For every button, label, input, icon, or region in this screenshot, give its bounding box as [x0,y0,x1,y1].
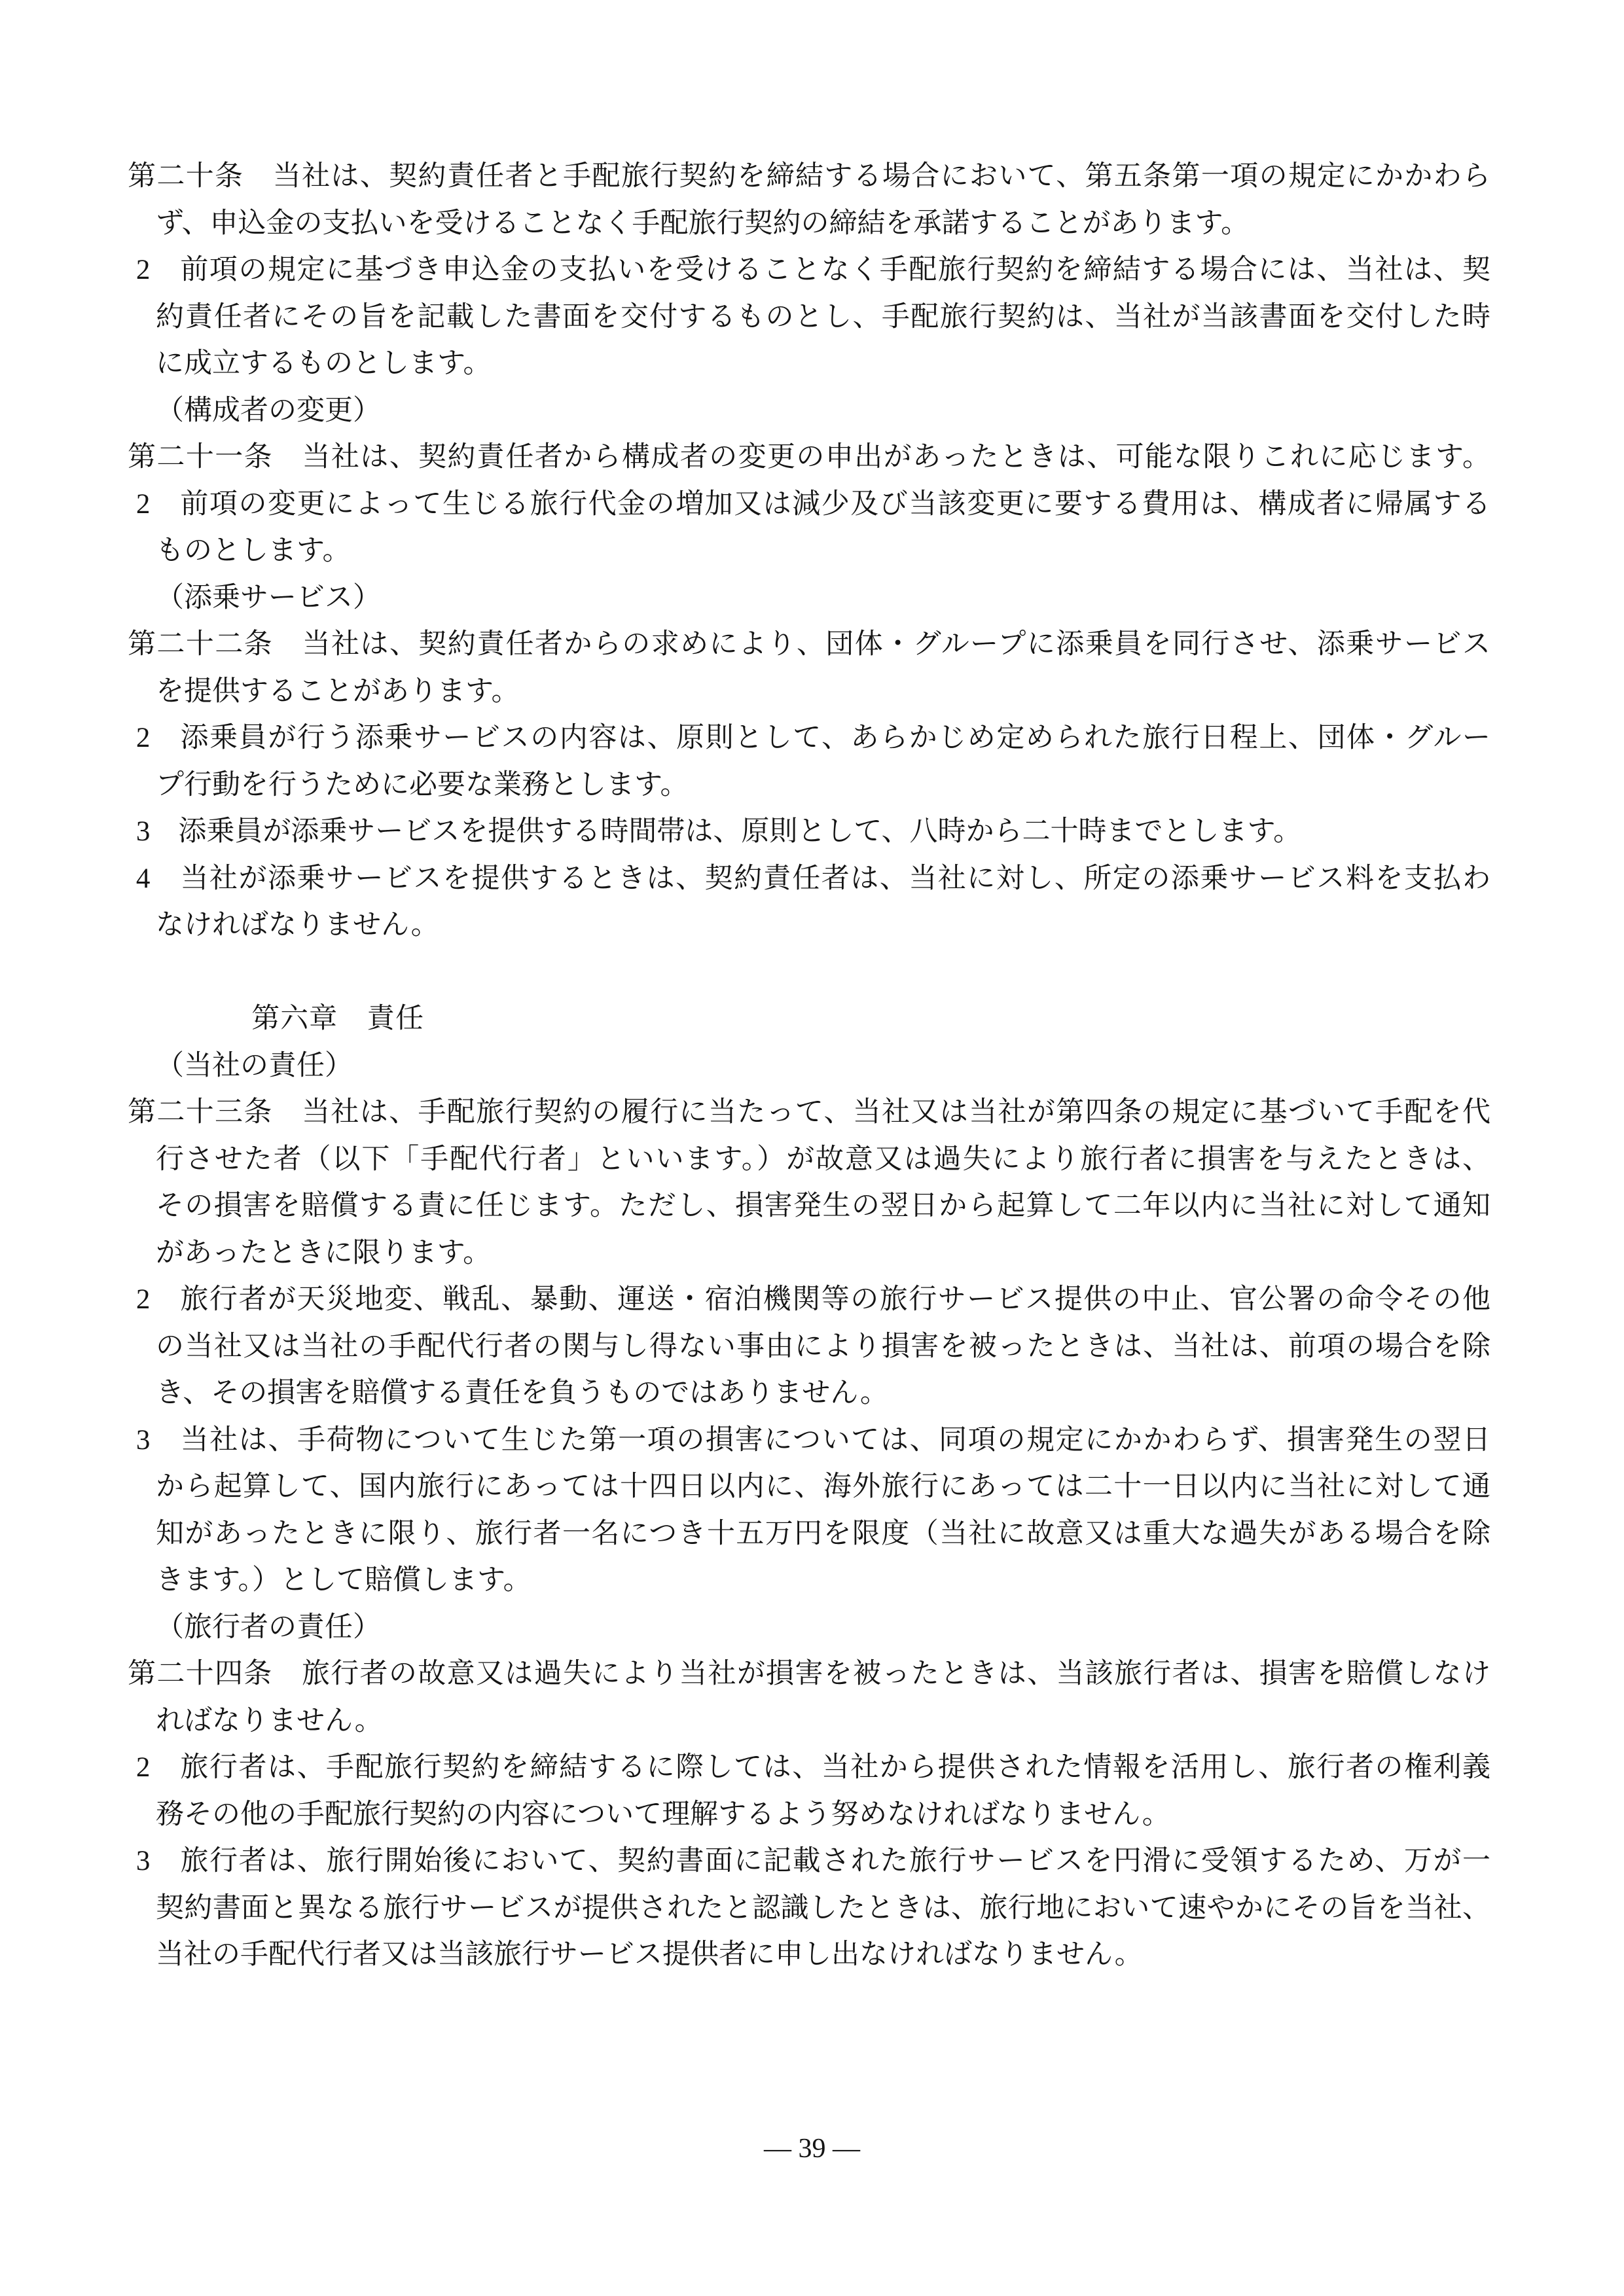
document-line: 2 添乗員が行う添乗サービスの内容は、原則として、あらかじめ定められた旅行日程上… [128,715,1490,762]
document-line: 2 旅行者が天災地変、戦乱、暴動、運送・宿泊機関等の旅行サービス提供の中止、官公… [128,1276,1490,1323]
document-line: 2 前項の規定に基づき申込金の支払いを受けることなく手配旅行契約を締結する場合に… [128,247,1490,294]
document-line: 第二十二条 当社は、契約責任者からの求めにより、団体・グループに添乗員を同行させ… [128,621,1490,668]
document-line: 4 当社が添乗サービスを提供するときは、契約責任者は、当社に対し、所定の添乗サー… [128,855,1490,903]
document-line: 契約書面と異なる旅行サービスが提供されたと認識したときは、旅行地において速やかに… [128,1885,1490,1932]
document-line: 知があったときに限り、旅行者一名につき十五万円を限度（当社に故意又は重大な過失が… [128,1511,1490,1558]
document-line: （構成者の変更） [128,387,1490,435]
document-line: （添乗サービス） [128,575,1490,622]
document-line: プ行動を行うために必要な業務とします。 [128,762,1490,809]
document-line: 当社の手配代行者又は当該旅行サービス提供者に申し出なければなりません。 [128,1931,1490,1979]
document-line: ればなりません。 [128,1698,1490,1745]
document-line: その損害を賠償する責に任じます。ただし、損害発生の翌日から起算して二年以内に当社… [128,1183,1490,1230]
document-page: 第二十条 当社は、契約責任者と手配旅行契約を締結する場合において、第五条第一項の… [0,0,1624,2296]
document-line: 約責任者にその旨を記載した書面を交付するものとし、手配旅行契約は、当社が当該書面… [128,294,1490,341]
document-line [128,949,1490,996]
document-line: なければなりません。 [128,902,1490,949]
document-line: の当社又は当社の手配代行者の関与し得ない事由により損害を被ったときは、当社は、前… [128,1323,1490,1371]
document-line: ものとします。 [128,528,1490,575]
document-line: （旅行者の責任） [128,1604,1490,1651]
document-line: 行させた者（以下「手配代行者」といいます。）が故意又は過失により旅行者に損害を与… [128,1136,1490,1183]
document-line: 3 当社は、手荷物について生じた第一項の損害については、同項の規定にかかわらず、… [128,1417,1490,1464]
document-line: 第二十三条 当社は、手配旅行契約の履行に当たって、当社又は当社が第四条の規定に基… [128,1089,1490,1136]
document-line: 第二十一条 当社は、契約責任者から構成者の変更の申出があったときは、可能な限りこ… [128,434,1490,481]
document-line: 第二十四条 旅行者の故意又は過失により当社が損害を被ったときは、当該旅行者は、損… [128,1651,1490,1698]
document-line: きます。）として賠償します。 [128,1557,1490,1604]
document-line: から起算して、国内旅行にあっては十四日以内に、海外旅行にあっては二十一日以内に当… [128,1463,1490,1511]
document-line: 務その他の手配旅行契約の内容について理解するよう努めなければなりません。 [128,1791,1490,1839]
page-number: — 39 — [764,2134,860,2164]
document-line: き、その損害を賠償する責任を負うものではありません。 [128,1370,1490,1417]
document-line: ず、申込金の支払いを受けることなく手配旅行契約の締結を承諾することがあります。 [128,200,1490,247]
document-body: 第二十条 当社は、契約責任者と手配旅行契約を締結する場合において、第五条第一項の… [128,153,1490,1979]
document-line: があったときに限ります。 [128,1230,1490,1277]
document-line: 3 旅行者は、旅行開始後において、契約書面に記載された旅行サービスを円滑に受領す… [128,1838,1490,1885]
document-line: 3 添乗員が添乗サービスを提供する時間帯は、原則として、八時から二十時までとしま… [128,808,1490,855]
document-line: を提供することがあります。 [128,668,1490,715]
document-line: 2 前項の変更によって生じる旅行代金の増加又は減少及び当該変更に要する費用は、構… [128,481,1490,528]
document-line: 2 旅行者は、手配旅行契約を締結するに際しては、当社から提供された情報を活用し、… [128,1744,1490,1791]
document-line: 第二十条 当社は、契約責任者と手配旅行契約を締結する場合において、第五条第一項の… [128,153,1490,200]
chapter-heading: 第六章 責任 [128,996,1490,1043]
page-footer: — 39 — [0,2126,1624,2173]
document-line: に成立するものとします。 [128,340,1490,387]
document-line: （当社の責任） [128,1043,1490,1090]
